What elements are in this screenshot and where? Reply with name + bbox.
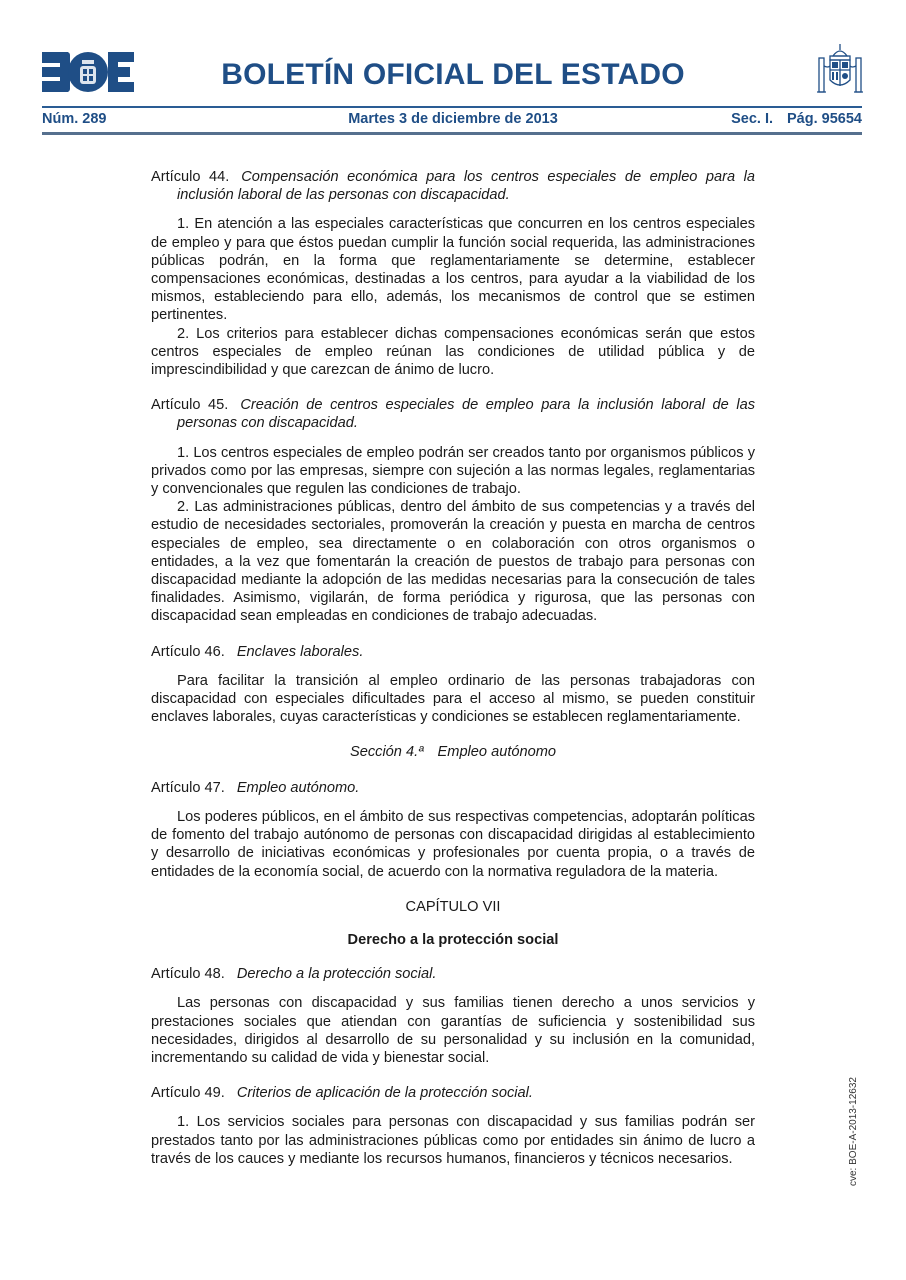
header-divider-top — [42, 106, 862, 108]
article-label: Artículo 45. — [151, 397, 228, 413]
article-paragraph: 1. Los centros especiales de empleo podr… — [151, 444, 755, 499]
article-heading: Artículo 49.Criterios de aplicación de l… — [151, 1084, 755, 1102]
page-number: Pág. 95654 — [787, 111, 862, 127]
article-heading: Artículo 48.Derecho a la protección soci… — [151, 965, 755, 983]
chapter-title: Derecho a la protección social — [151, 931, 755, 949]
article-title: Empleo autónomo. — [237, 780, 360, 796]
article-46: Artículo 46.Enclaves laborales. Para fac… — [151, 643, 755, 727]
chapter-label: CAPÍTULO VII — [151, 898, 755, 916]
article-47: Artículo 47.Empleo autónomo. Los poderes… — [151, 779, 755, 881]
article-title: Derecho a la protección social. — [237, 966, 437, 982]
article-paragraph: 2. Los criterios para establecer dichas … — [151, 325, 755, 380]
article-label: Artículo 46. — [151, 644, 225, 660]
article-48: Artículo 48.Derecho a la protección soci… — [151, 965, 755, 1067]
article-heading: Artículo 44.Compensación económica para … — [151, 168, 755, 204]
article-45: Artículo 45.Creación de centros especial… — [151, 396, 755, 625]
header-divider-bottom — [42, 132, 862, 135]
article-paragraph: 1. Los servicios sociales para personas … — [151, 1113, 755, 1168]
article-title: Enclaves laborales. — [237, 644, 364, 660]
article-label: Artículo 48. — [151, 966, 225, 982]
article-paragraph: 2. Las administraciones públicas, dentro… — [151, 498, 755, 625]
article-paragraph: 1. En atención a las especiales caracter… — [151, 215, 755, 324]
article-label: Artículo 47. — [151, 780, 225, 796]
document-body: Artículo 44.Compensación económica para … — [151, 168, 755, 1185]
section-page: Sec. I.Pág. 95654 — [731, 111, 862, 127]
article-label: Artículo 44. — [151, 169, 229, 185]
article-paragraph: Las personas con discapacidad y sus fami… — [151, 994, 755, 1067]
article-label: Artículo 49. — [151, 1085, 225, 1101]
article-heading: Artículo 46.Enclaves laborales. — [151, 643, 755, 661]
article-title: Compensación económica para los centros … — [177, 169, 755, 203]
publication-title: BOLETÍN OFICIAL DEL ESTADO — [0, 58, 906, 92]
article-title: Creación de centros especiales de empleo… — [177, 397, 755, 431]
section-label: Sec. I. — [731, 111, 773, 127]
cve-identifier: cve: BOE-A-2013-12632 — [848, 1077, 859, 1186]
article-44: Artículo 44.Compensación económica para … — [151, 168, 755, 379]
article-title: Criterios de aplicación de la protección… — [237, 1085, 533, 1101]
coat-of-arms-icon — [815, 42, 865, 98]
section-title: Empleo autónomo — [438, 744, 556, 760]
article-paragraph: Los poderes públicos, en el ámbito de su… — [151, 808, 755, 881]
article-49: Artículo 49.Criterios de aplicación de l… — [151, 1084, 755, 1168]
section-label: Sección 4.ª — [350, 744, 424, 760]
article-heading: Artículo 47.Empleo autónomo. — [151, 779, 755, 797]
page-header: BOLETÍN OFICIAL DEL ESTADO Núm. 289 Mart… — [0, 0, 906, 140]
article-paragraph: Para facilitar la transición al empleo o… — [151, 672, 755, 727]
section-heading: Sección 4.ªEmpleo autónomo — [151, 743, 755, 761]
article-heading: Artículo 45.Creación de centros especial… — [151, 396, 755, 432]
